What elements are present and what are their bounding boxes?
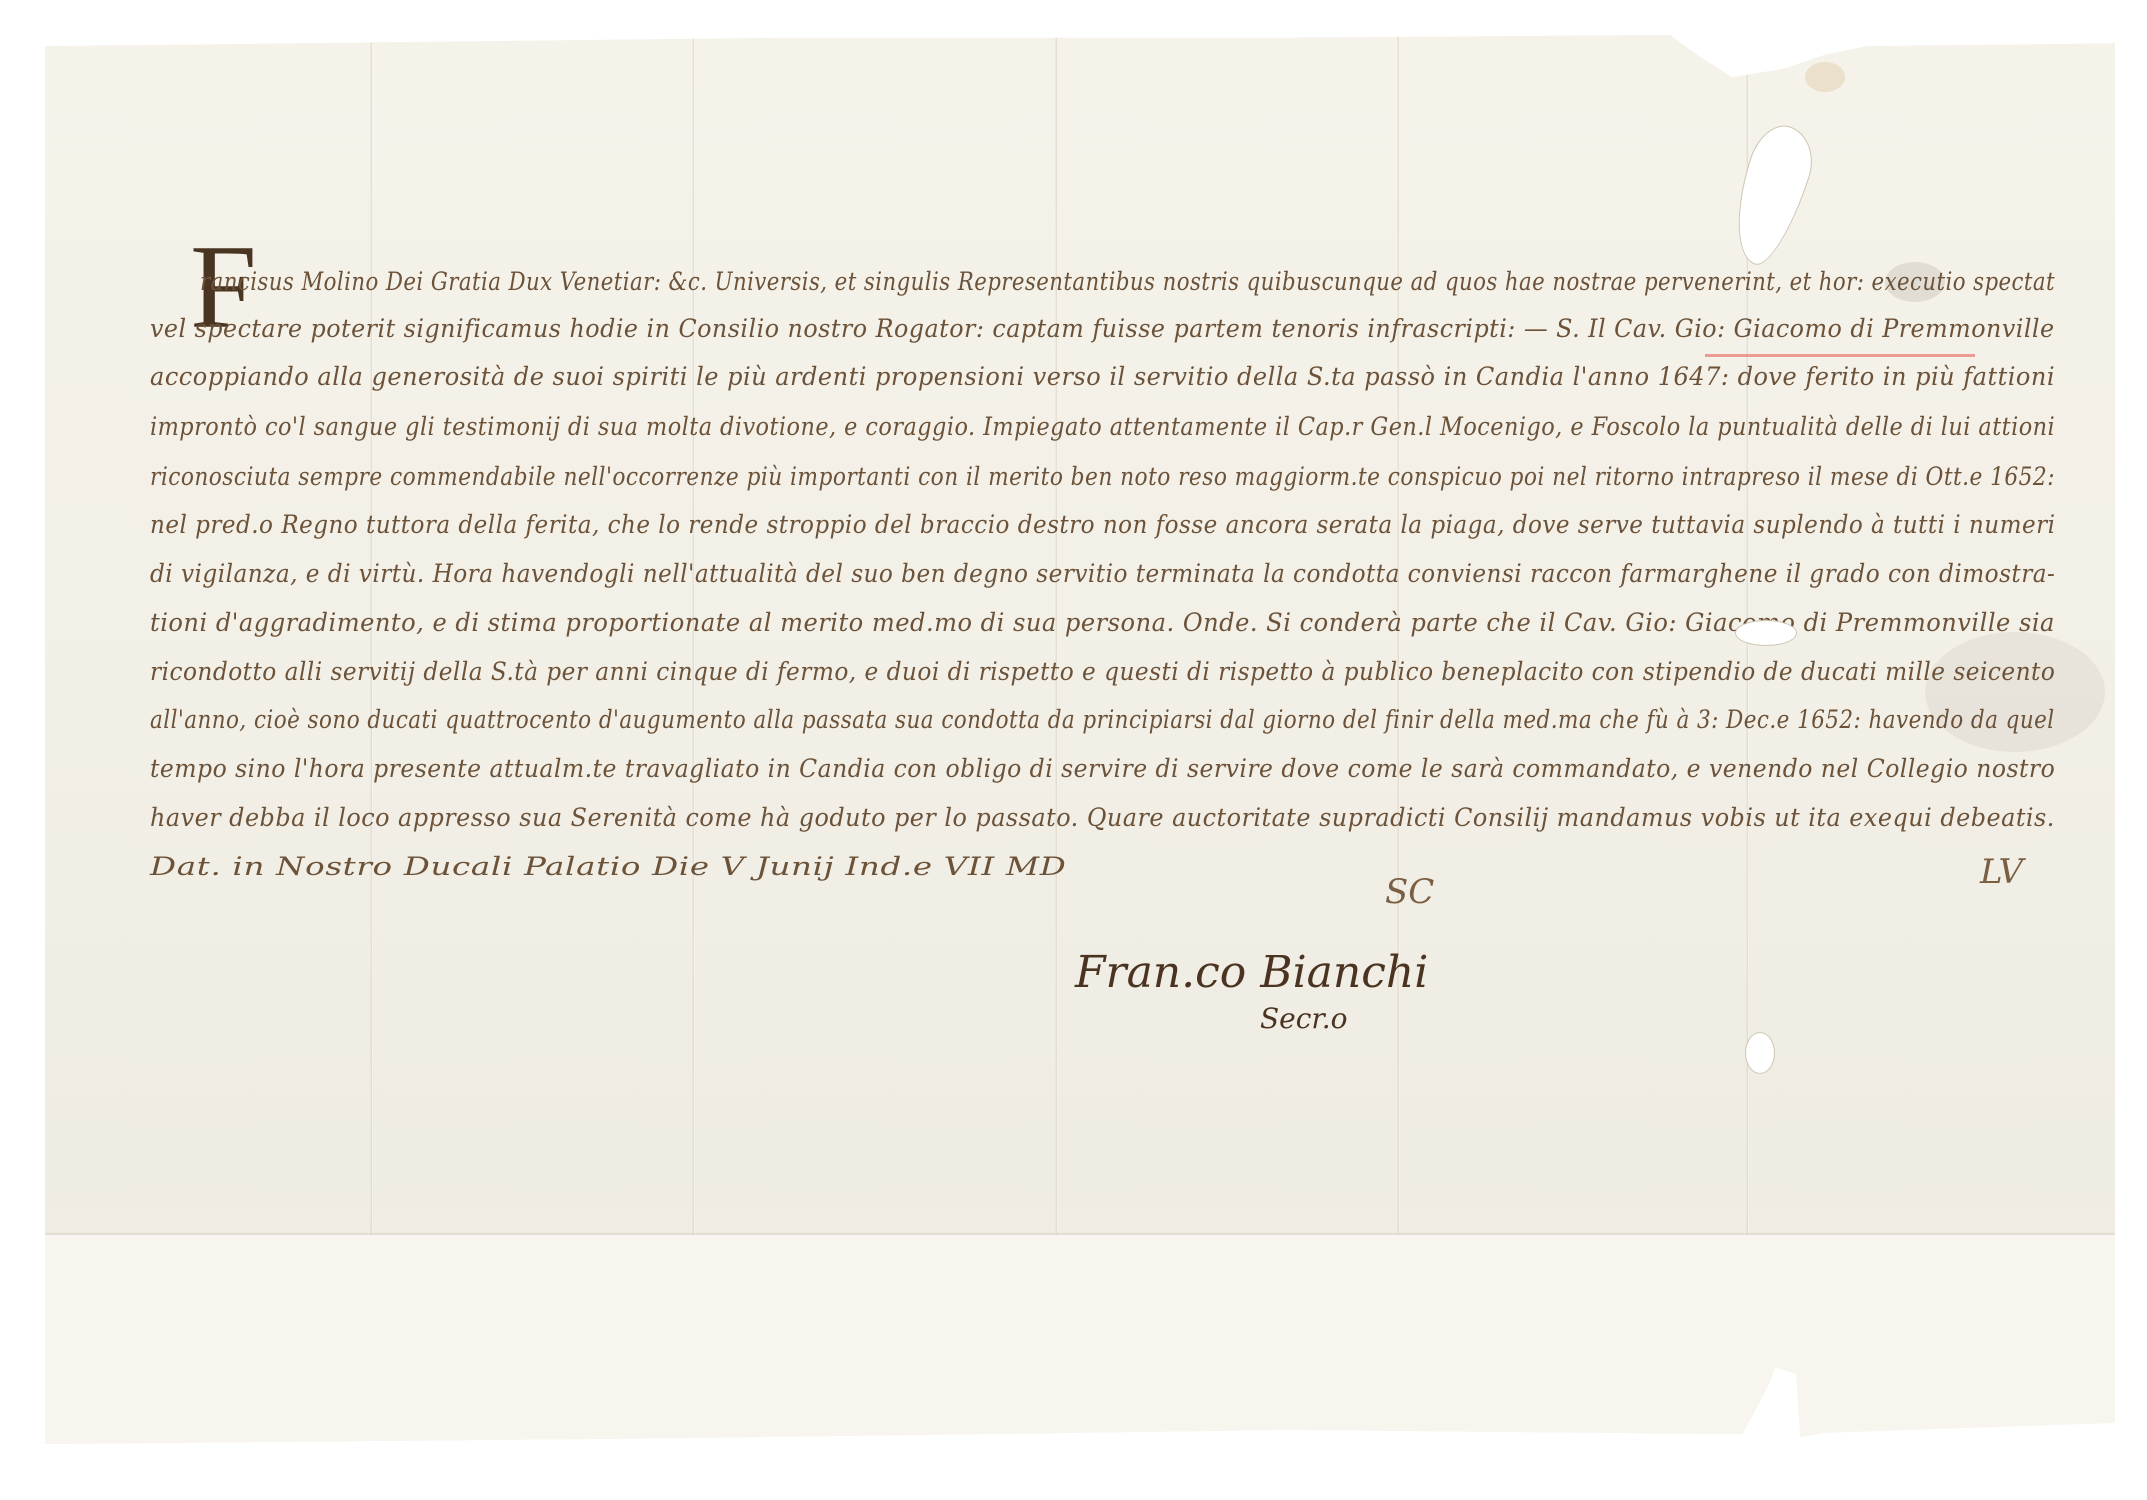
signature-title: Secr.o (1260, 1002, 1348, 1035)
paper-hole (1745, 1032, 1775, 1074)
notary-flourish: SC (1385, 872, 1434, 912)
stain (1925, 632, 2105, 752)
text-line-12: haver debba il loco appresso sua Serenit… (150, 803, 2055, 832)
text-line-10: all'anno, cioè sono ducati quattrocento … (150, 705, 2055, 734)
signature: Fran.co Bianchi (1075, 947, 1428, 998)
fold-line (45, 1233, 2115, 1237)
text-line-3: accoppiando alla generosità de suoi spir… (150, 362, 2055, 391)
text-line-2: vel spectare poterit significamus hodie … (150, 314, 2055, 343)
paper-hole (1720, 118, 1823, 272)
marginal-mark: LV (1980, 852, 2023, 892)
text-line-1: rancisus Molino Dei Gratia Dux Venetiar:… (200, 267, 2055, 296)
text-line-6: nel pred.o Regno tuttora della ferita, c… (150, 510, 2055, 539)
text-line-7: di vigilanza, e di virtù. Hora havendogl… (150, 559, 2055, 588)
manuscript-page: F rancisus Molino Dei Gratia Dux Venetia… (45, 32, 2115, 1444)
text-line-9: ricondotto alli servitij della S.tà per … (150, 657, 2055, 686)
text-line-4: improntò co'l sangue gli testimonij di s… (150, 412, 2055, 441)
text-line-13: Dat. in Nostro Ducali Palatio Die V Juni… (150, 852, 1066, 881)
paper-hole (1735, 620, 1797, 646)
stain (1805, 62, 1845, 92)
red-underline (1705, 354, 1975, 357)
text-line-11: tempo sino l'hora presente attualm.te tr… (150, 754, 2055, 783)
text-line-5: riconosciuta sempre commendabile nell'oc… (150, 462, 2055, 491)
folded-bottom-panel (45, 1235, 2115, 1444)
